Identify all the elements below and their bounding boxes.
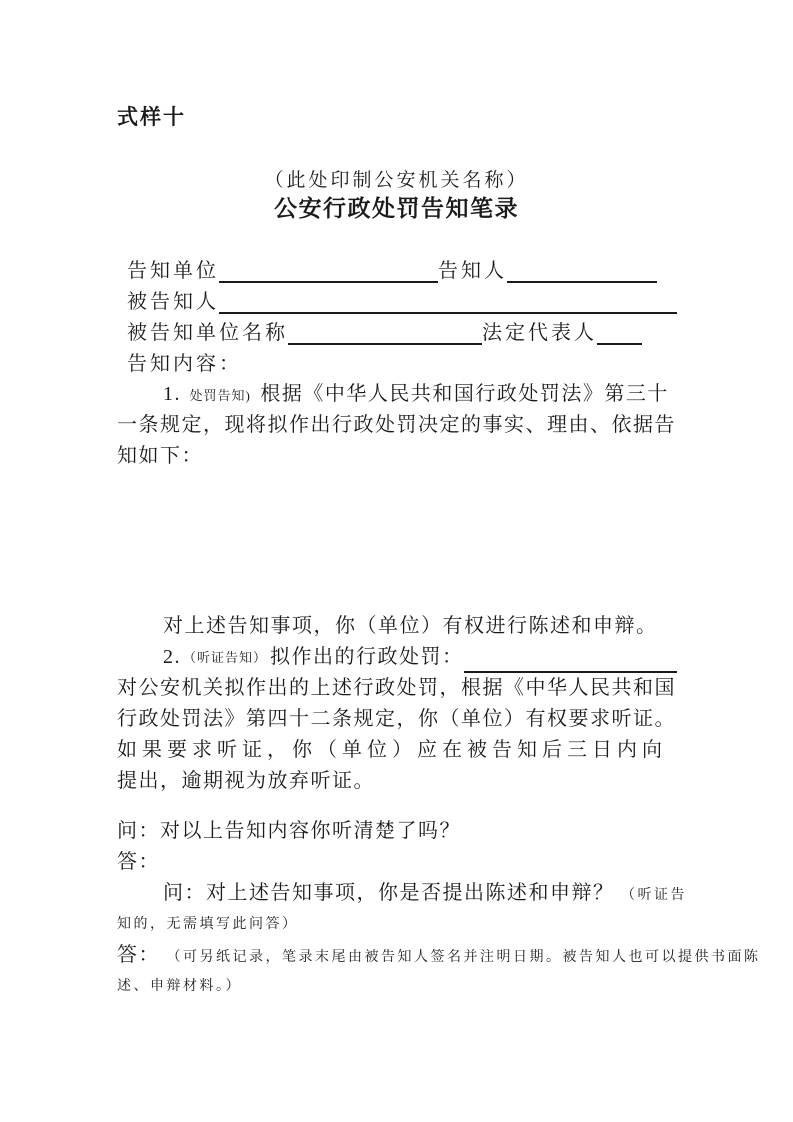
form-row-content-label: 告知内容： <box>117 345 677 376</box>
hearing-heading-text: 拟作出的行政处罚： <box>270 642 464 673</box>
question-2-text: 问：对上述告知事项，你是否提出陈述和申辩？ <box>163 882 615 904</box>
notified-unit-name-label: 被告知单位名称 <box>127 316 288 345</box>
form-row-notifying-unit: 告知单位 告知人 <box>117 252 677 283</box>
section-penalty-notification: 1. 处罚告知) 根据《中华人民共和国行政处罚法》第三十 一条规定，现将拟作出行… <box>117 379 677 472</box>
answer-2-note-line-2: 述、申辩材料。） <box>117 971 677 1002</box>
question-2-note-continued: 知的，无需填写此问答） <box>117 909 677 940</box>
notification-content-label: 告知内容： <box>127 347 242 376</box>
document-title: 公安行政处罚告知笔录 <box>0 194 793 223</box>
notified-person-label: 被告知人 <box>127 285 219 314</box>
question-answer-section: 问：对以上告知内容你听清楚了吗？ 答： 问：对上述告知事项，你是否提出陈述和申辩… <box>117 816 677 1002</box>
answer-1: 答： <box>117 847 677 878</box>
form-style-label: 式样十 <box>117 101 186 131</box>
penalty-tag: 处罚告知) <box>188 388 254 403</box>
notified-unit-name-blank <box>288 319 482 345</box>
penalty-line1-text: 根据《中华人民共和国行政处罚法》第三十 <box>260 383 669 405</box>
notifying-unit-label: 告知单位 <box>127 254 219 283</box>
form-row-notified-unit: 被告知单位名称 法定代表人 <box>117 314 677 345</box>
question-1: 问：对以上告知内容你听清楚了吗？ <box>117 816 677 847</box>
legal-representative-label: 法定代表人 <box>482 316 597 345</box>
penalty-item-number: 1. <box>163 383 181 405</box>
hearing-para-line-1: 对公安机关拟作出的上述行政处罚，根据《中华人民共和国 <box>117 673 677 704</box>
answer-2-label: 答： <box>117 944 160 966</box>
section-hearing-notification: 对上述告知事项，你（单位）有权进行陈述和申辩。 2. （听证告知） 拟作出的行政… <box>117 611 677 797</box>
notifier-blank <box>507 257 657 283</box>
notifier-label: 告知人 <box>438 254 507 283</box>
question-2-note-start: （听证告 <box>621 888 687 903</box>
hearing-para-line-4: 提出，逾期视为放弃听证。 <box>117 766 677 797</box>
answer-2-note-line-1: （可另纸记录，笔录末尾由被告知人签名并注明日期。被告知人也可以提供书面陈 <box>167 950 761 965</box>
penalty-para-line-3: 知如下： <box>117 441 677 472</box>
hearing-para-line-2: 行政处罚法》第四十二条规定，你（单位）有权要求听证。 <box>117 704 677 735</box>
notified-person-blank <box>219 288 677 314</box>
hearing-heading-line: 2. （听证告知） 拟作出的行政处罚： <box>117 642 677 673</box>
document-page: 式样十 （此处印制公安机关名称） 公安行政处罚告知笔录 告知单位 告知人 被告知… <box>0 0 793 1122</box>
form-fields: 告知单位 告知人 被告知人 被告知单位名称 法定代表人 告知内容： <box>117 252 677 376</box>
hearing-item-number: 2. <box>163 642 181 673</box>
hearing-para-line-3: 如果要求听证，你（单位）应在被告知后三日内向 <box>117 735 677 766</box>
penalty-para-line-1: 1. 处罚告知) 根据《中华人民共和国行政处罚法》第三十 <box>117 379 677 410</box>
form-row-notified-person: 被告知人 <box>117 283 677 314</box>
agency-name-placeholder: （此处印制公安机关名称） <box>0 168 793 193</box>
answer-2: 答： （可另纸记录，笔录末尾由被告知人签名并注明日期。被告知人也可以提供书面陈 <box>117 940 677 971</box>
document-header: （此处印制公安机关名称） 公安行政处罚告知笔录 <box>0 168 793 223</box>
proposed-penalty-blank <box>464 645 677 673</box>
penalty-para-line-2: 一条规定，现将拟作出行政处罚决定的事实、理由、依据告 <box>117 410 677 441</box>
question-2: 问：对上述告知事项，你是否提出陈述和申辩？ （听证告 <box>117 878 677 909</box>
legal-representative-blank <box>597 319 642 345</box>
hearing-tag: （听证告知） <box>181 642 270 673</box>
notifying-unit-blank <box>219 257 438 283</box>
statement-rights-line: 对上述告知事项，你（单位）有权进行陈述和申辩。 <box>117 611 677 642</box>
